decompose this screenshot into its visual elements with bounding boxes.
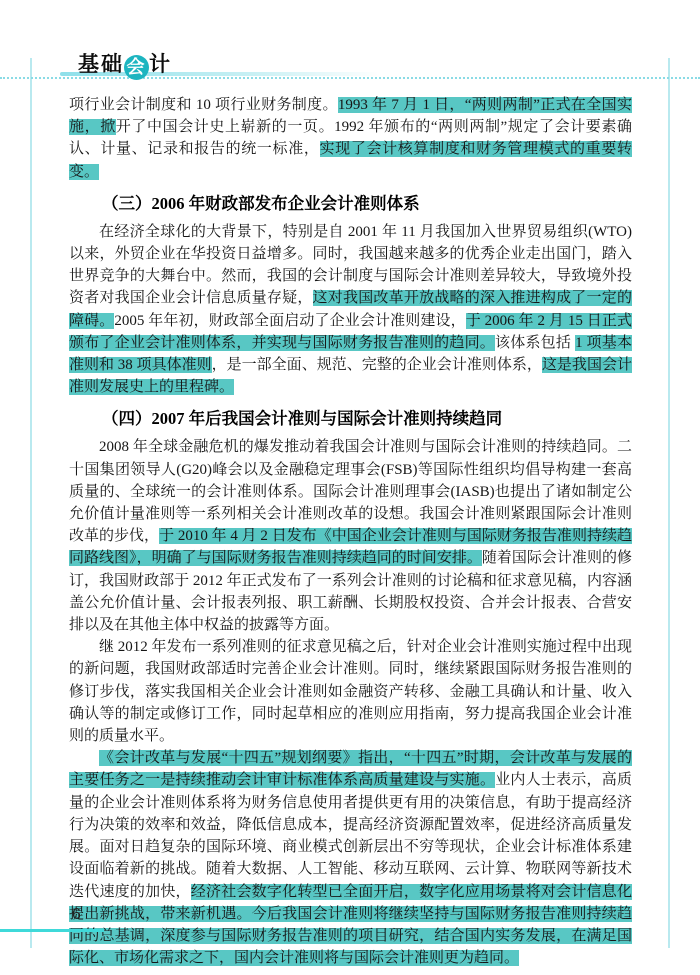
paragraph-continuation: 项行业会计制度和 10 项行业财务制度。1993 年 7 月 1 日，“两则两制… [69, 94, 632, 183]
page-border-right [668, 58, 670, 948]
book-title-suffix: 计 [149, 53, 172, 76]
page-body: 项行业会计制度和 10 项行业财务制度。1993 年 7 月 1 日，“两则两制… [69, 94, 632, 969]
page-header: 基础会计 [0, 46, 700, 82]
section-heading-3: （三）2006 年财政部发布企业会计准则体系 [69, 193, 632, 215]
section-heading-4: （四）2007 年后我国会计准则与国际会计准则持续趋同 [69, 408, 632, 430]
book-title-logo: 基础会计 [78, 48, 172, 80]
page-number: 6 [72, 906, 81, 924]
text-run: 继 2012 年发布一系列准则的征求意见稿之后，针对企业会计准则实施过程中出现的… [69, 639, 632, 744]
book-title-badge: 会 [124, 55, 149, 80]
text-run: 该体系包括 [495, 335, 575, 351]
paragraph-section-4c: 《会计改革与发展“十四五”规划纲要》指出，“十四五”时期，会计改革与发展的主要任… [69, 747, 632, 969]
text-run: 2005 年年初，财政部全面启动了企业会计准则建设， [114, 313, 465, 329]
paragraph-section-4b: 继 2012 年发布一系列准则的征求意见稿之后，针对企业会计准则实施过程中出现的… [69, 636, 632, 747]
paragraph-section-3: 在经济全球化的大背景下，特别是自 2001 年 11 月我国加入世界贸易组织(W… [69, 221, 632, 399]
paragraph-section-4a: 2008 年全球金融危机的爆发推动着我国会计准则与国际会计准则的持续趋同。二十国… [69, 436, 632, 636]
textbook-page: 基础会计 项行业会计制度和 10 项行业财务制度。1993 年 7 月 1 日，… [0, 0, 700, 975]
text-run: 项行业会计制度和 10 项行业财务制度。 [69, 97, 338, 113]
book-title-prefix: 基础 [78, 53, 124, 76]
footer-accent-line [0, 929, 104, 932]
text-run: ，是一部全面、规范、完整的企业会计准则体系， [212, 357, 542, 373]
page-border-left [30, 58, 32, 948]
text-run: 业内人士表示，高质量的企业会计准则体系将为财务信息使用者提供更有用的决策信息，有… [69, 772, 632, 899]
